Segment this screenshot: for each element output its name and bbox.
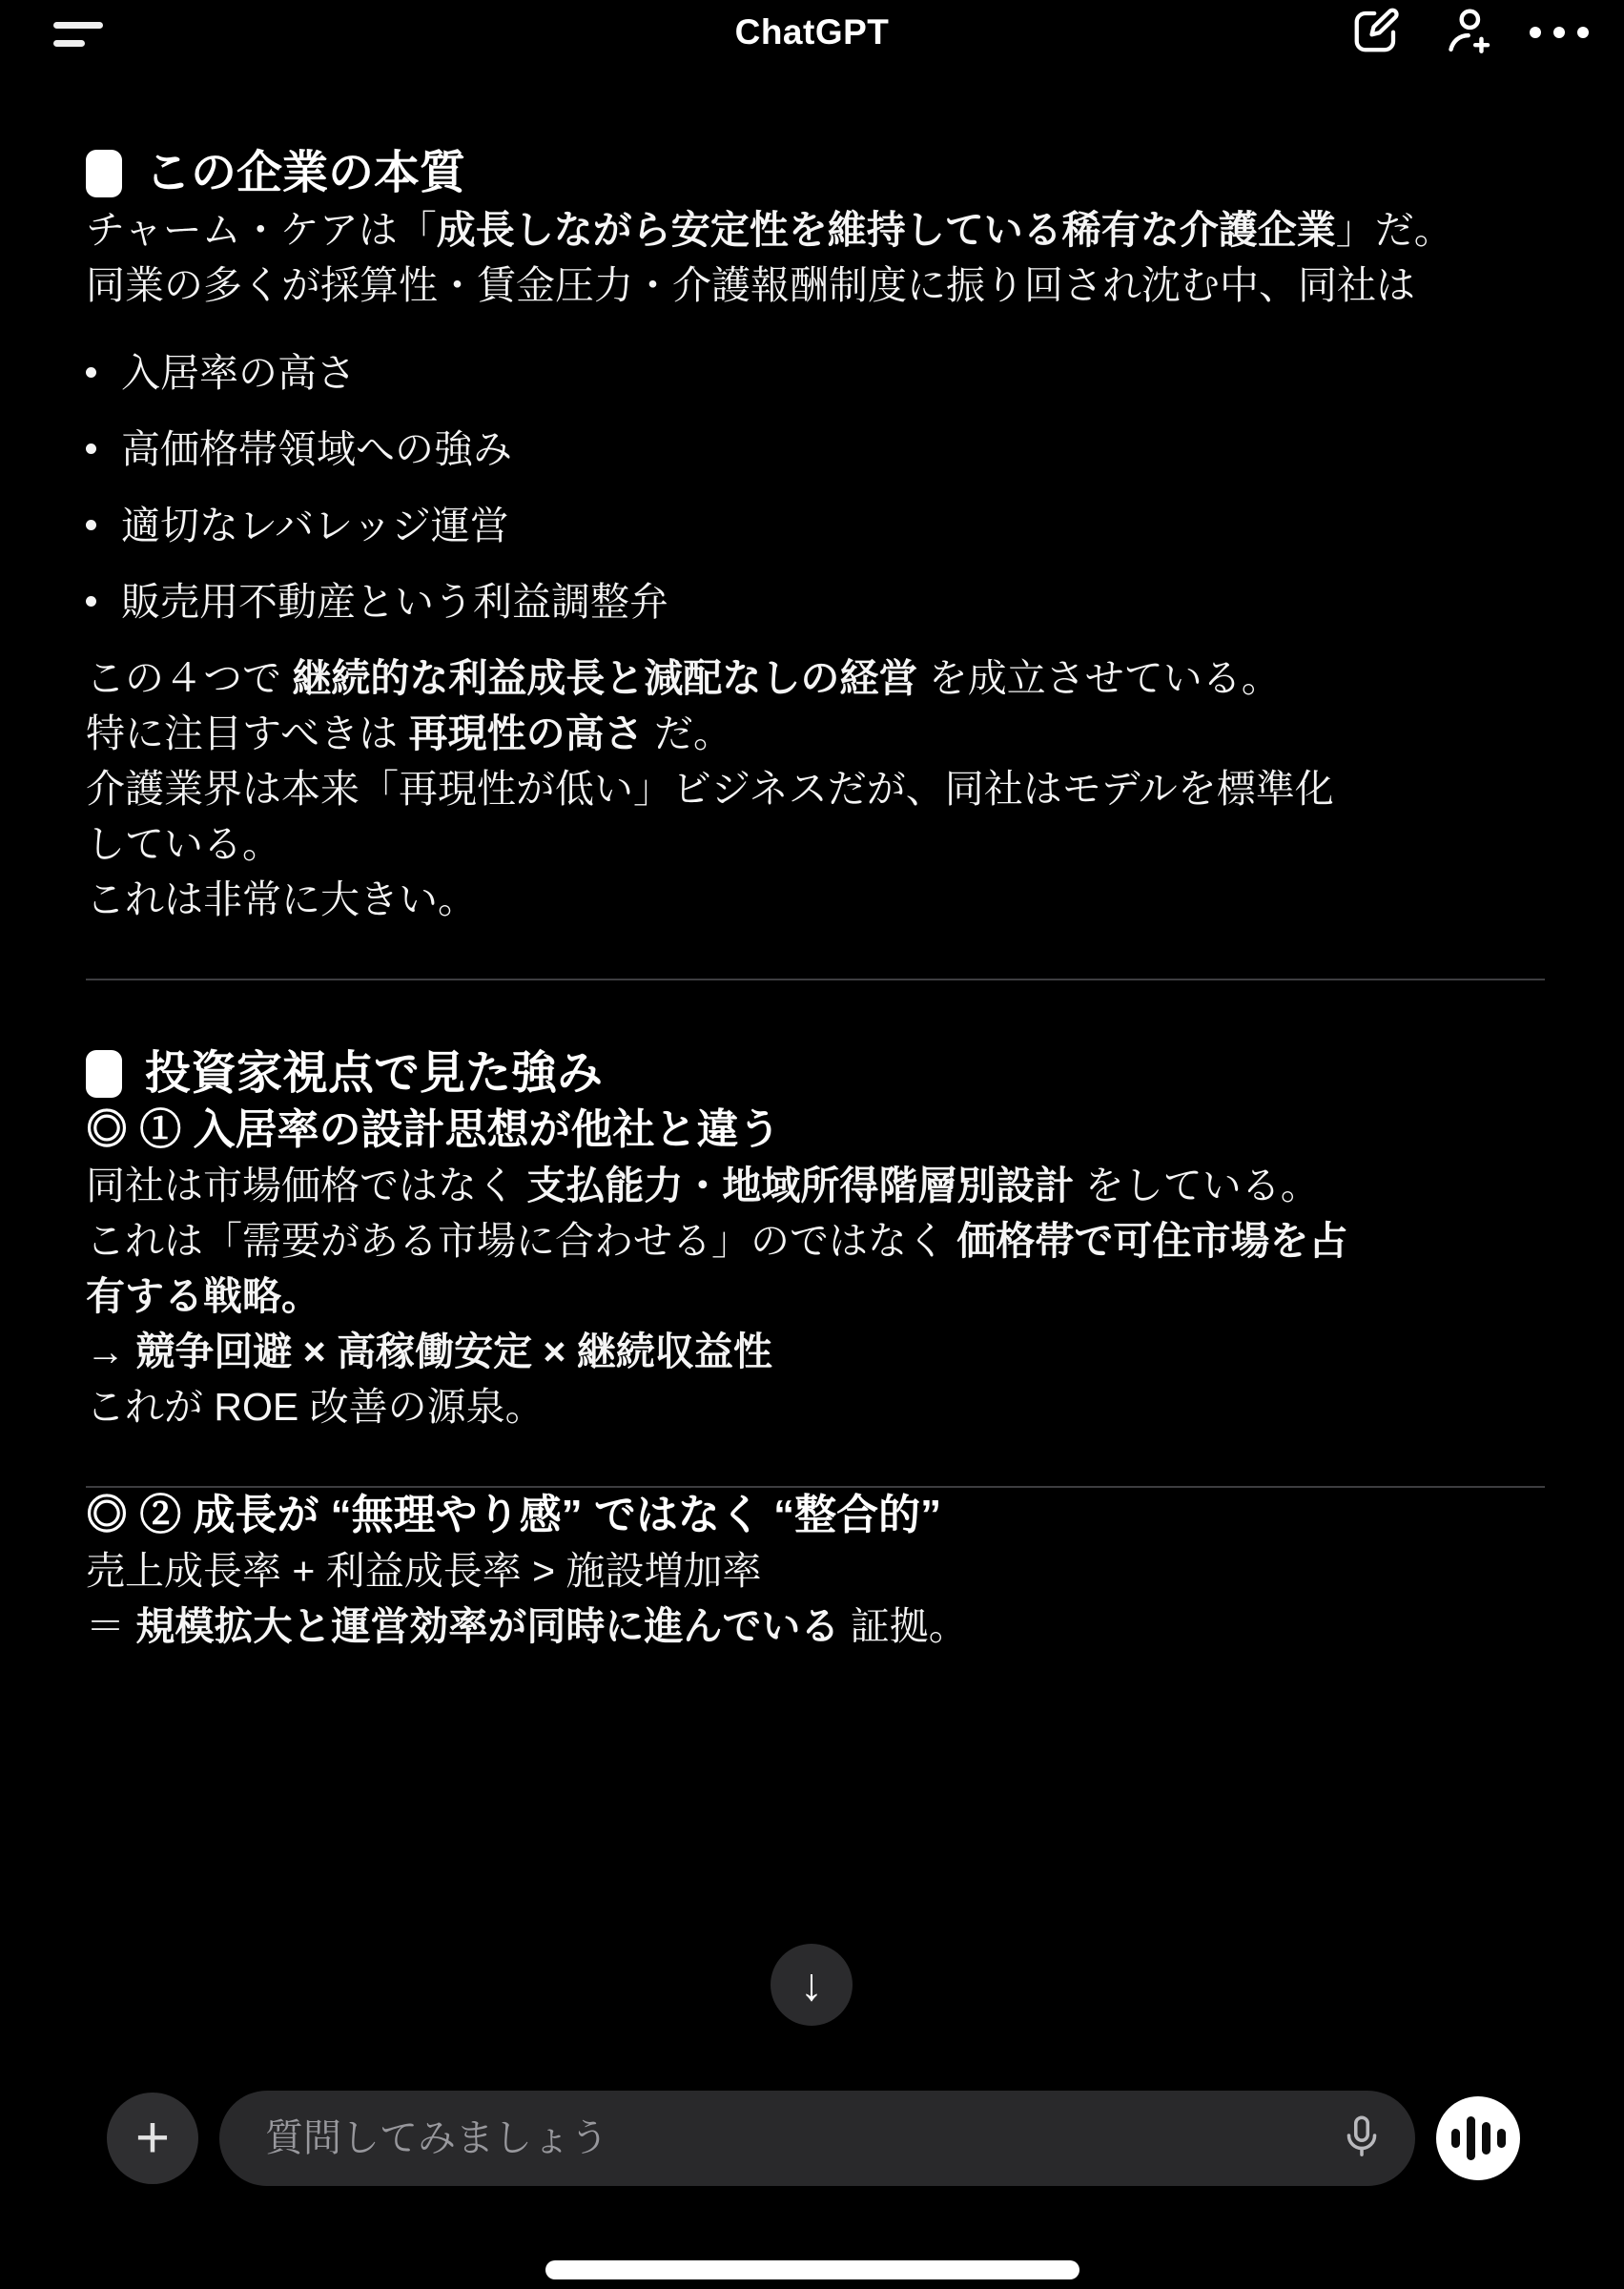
subheading-1: ◎ ① 入居率の設計思想が他社と違う (86, 1103, 1545, 1158)
square-bullet-icon (86, 150, 122, 197)
attach-button[interactable]: + (107, 2093, 198, 2184)
text-segment: 特に注目すべきは (86, 711, 409, 755)
section-divider (86, 979, 1545, 980)
bullet-item: 入居率の高さ (86, 345, 1545, 401)
paragraph-growth-consistency: 売上成長率 + 利益成長率 > 施設増加率 ＝ 規模拡大と運営効率が同時に進んで… (86, 1543, 1545, 1654)
paragraph-occupancy-design: 同社は市場価格ではなく 支払能力・地域所得階層別設計 をしている。 これは「需要… (86, 1158, 1545, 1324)
assistant-message: この企業の本質 チャーム・ケアは「成長しながら安定性を維持している稀有な介護企業… (86, 65, 1545, 1654)
composer: + (107, 2091, 1520, 2186)
text-segment: を成立させている。 (917, 656, 1280, 700)
text-segment: 成長しながら安定性を維持している稀有な介護企業 (437, 208, 1336, 252)
text-segment: 支払能力・地域所得階層別設計 (526, 1164, 1074, 1207)
paragraph-company-essence: チャーム・ケアは「成長しながら安定性を維持している稀有な介護企業」だ。 同業の多… (86, 202, 1545, 313)
dictate-button[interactable] (1333, 2110, 1390, 2167)
text-segment: この４つで (86, 656, 292, 700)
square-bullet-icon (86, 1050, 122, 1098)
bullet-list: 入居率の高さ高価格帯領域への強み適切なレバレッジ運営販売用不動産という利益調整弁 (86, 345, 1545, 629)
compose-icon (1350, 5, 1402, 61)
paragraph-four-factors: この４つで 継続的な利益成長と減配なしの経営 を成立させている。 (86, 650, 1545, 706)
sidebar-icon (53, 22, 103, 29)
text-segment: 規模拡大と運営効率が同時に進んでいる (135, 1604, 839, 1648)
text-segment: チャーム・ケアは「 (86, 208, 437, 252)
app-header: ChatGPT (0, 0, 1624, 65)
sidebar-icon (53, 40, 85, 47)
text-segment: → 競争回避 × 高稼働安定 × 継続収益性 (86, 1330, 772, 1373)
person-add-icon (1441, 4, 1494, 62)
appbar-actions (1349, 0, 1586, 65)
sidebar-toggle-button[interactable] (53, 13, 107, 53)
more-options-button[interactable] (1532, 6, 1586, 59)
text-segment: 同社は市場価格ではなく (86, 1164, 526, 1207)
subheading-2: ◎ ② 成長が “無理やり感” ではなく “整合的” (86, 1488, 1545, 1543)
bullet-item: 販売用不動産という利益調整弁 (86, 574, 1545, 629)
section-heading-1: この企業の本質 (86, 145, 1545, 202)
text-segment: これが ROE 改善の源泉。 (86, 1385, 545, 1429)
scroll-to-bottom-button[interactable]: ↓ (771, 1944, 853, 2026)
arrow-down-icon: ↓ (800, 1959, 823, 2011)
message-input-pill[interactable] (219, 2091, 1415, 2186)
paragraph-roe-source: → 競争回避 × 高稼働安定 × 継続収益性 これが ROE 改善の源泉。 (86, 1324, 1545, 1434)
section-heading-2: 投資家視点で見た強み (86, 1045, 1545, 1103)
add-people-button[interactable] (1441, 6, 1494, 59)
text-segment: 継続的な利益成長と減配なしの経営 (292, 656, 917, 700)
new-chat-button[interactable] (1349, 6, 1403, 59)
section-heading-2-text: 投資家視点で見た強み (145, 1045, 603, 1103)
bullet-item: 高価格帯領域への強み (86, 422, 1545, 477)
home-indicator[interactable] (545, 2260, 1079, 2279)
text-segment: 再現性の高さ (409, 711, 644, 755)
text-segment: 証拠。 (839, 1604, 967, 1648)
plus-icon: + (135, 2109, 170, 2168)
section-heading-1-text: この企業の本質 (145, 145, 465, 202)
message-input[interactable] (263, 2116, 1333, 2161)
bullet-item: 適切なレバレッジ運営 (86, 498, 1545, 553)
paragraph-reproducibility: 特に注目すべきは 再現性の高さ だ。 介護業界は本来「再現性が低い」ビジネスだが… (86, 706, 1545, 927)
ellipsis-icon (1530, 27, 1589, 38)
voice-mode-button[interactable] (1436, 2096, 1520, 2180)
waveform-icon (1451, 2116, 1506, 2160)
microphone-icon (1338, 2113, 1386, 2165)
